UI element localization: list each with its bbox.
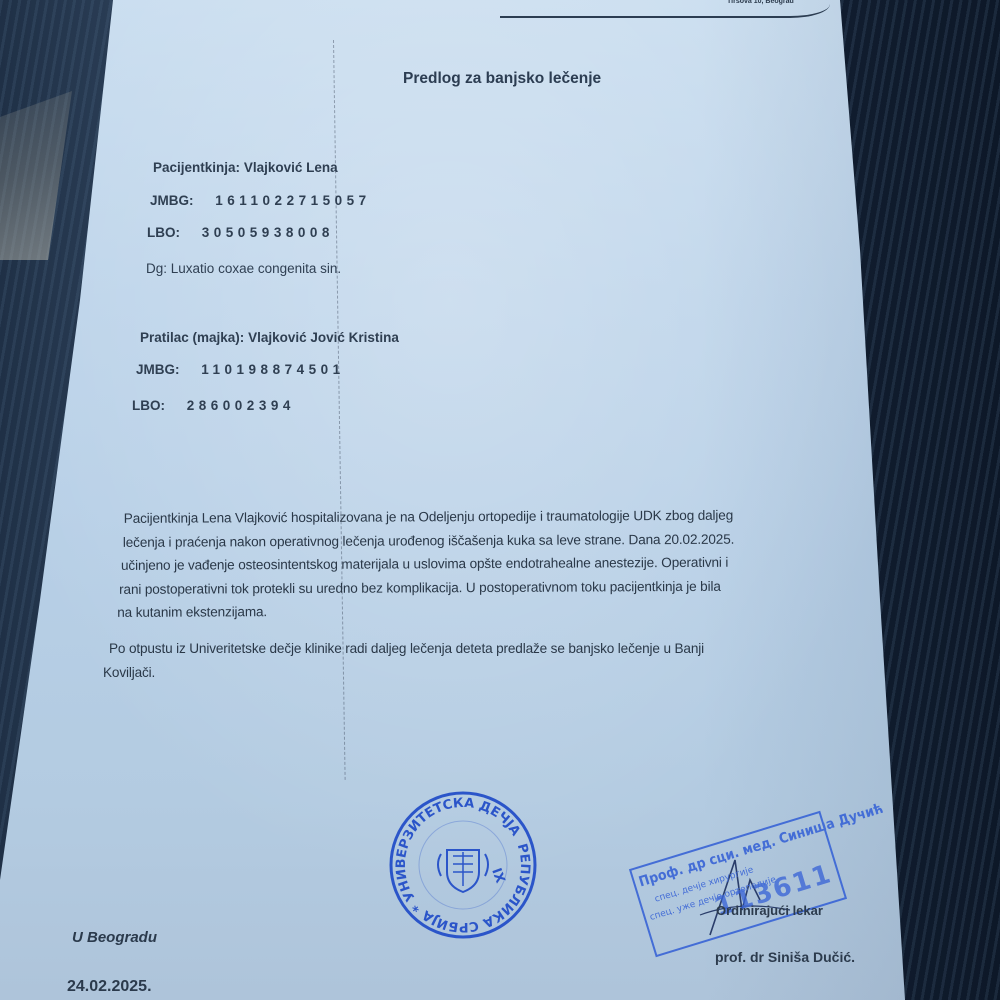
institution-round-stamp: РЕПУБЛИКА СРБИЈА * УНИВЕРЗИТЕТСКА ДЕЧЈА … xyxy=(388,790,538,940)
companion-lbo: 286002394 xyxy=(187,398,295,413)
companion-name-row: Pratilac (majka): Vlajković Jović Kristi… xyxy=(140,330,399,345)
diagnosis-row: Dg: Luxatio coxae congenita sin. xyxy=(146,261,341,276)
patient-name-label: Pacijentkinja: xyxy=(153,160,240,175)
companion-lbo-row: LBO: 286002394 xyxy=(132,398,295,413)
signer-name: prof. dr Siniša Dučić. xyxy=(715,949,855,965)
companion-lbo-label: LBO: xyxy=(132,398,165,413)
companion-name-label: Pratilac (majka): xyxy=(140,330,244,345)
document-title: Predlog za banjsko lečenje xyxy=(403,70,601,88)
companion-jmbg-label: JMBG: xyxy=(136,362,180,377)
patient-jmbg-label: JMBG: xyxy=(150,193,194,208)
companion-jmbg: 110198874501 xyxy=(201,362,344,377)
patient-lbo-label: LBO: xyxy=(147,225,180,240)
svg-text:IX: IX xyxy=(488,866,507,885)
round-stamp-graphic: РЕПУБЛИКА СРБИЈА * УНИВЕРЗИТЕТСКА ДЕЧЈА … xyxy=(388,790,538,940)
paragraph-line: Po otpustu iz Univeritetske dečje klinik… xyxy=(109,637,843,661)
patient-name-row: Pacijentkinja: Vlajković Lena xyxy=(153,160,338,175)
recommendation-paragraph: Po otpustu iz Univeritetske dečje klinik… xyxy=(103,637,843,684)
diagnosis: Luxatio coxae congenita sin. xyxy=(171,261,341,276)
document-date: 24.02.2025. xyxy=(67,978,152,996)
patient-lbo: 30505938008 xyxy=(202,225,334,240)
letterhead-address: Tirsova 10, Beograd xyxy=(727,0,794,5)
patient-jmbg-row: JMBG: 1611022715057 xyxy=(150,193,371,208)
hospitalization-paragraph: Pacijentkinja Lena Vlajković hospitalizo… xyxy=(117,503,858,624)
patient-name: Vlajković Lena xyxy=(244,160,338,175)
patient-lbo-row: LBO: 30505938008 xyxy=(147,225,334,240)
place: U Beogradu xyxy=(72,929,157,946)
patient-jmbg: 1611022715057 xyxy=(215,193,370,208)
signer-role: Ordinirajući lekar xyxy=(716,903,823,918)
coat-of-arms-icon xyxy=(438,850,488,892)
paragraph-line: na kutanim ekstenzijama. xyxy=(117,597,857,624)
paragraph-line: Koviljači. xyxy=(103,661,843,685)
companion-jmbg-row: JMBG: 110198874501 xyxy=(136,362,345,377)
companion-name: Vlajković Jović Kristina xyxy=(248,330,399,345)
diagnosis-label: Dg: xyxy=(146,261,167,276)
